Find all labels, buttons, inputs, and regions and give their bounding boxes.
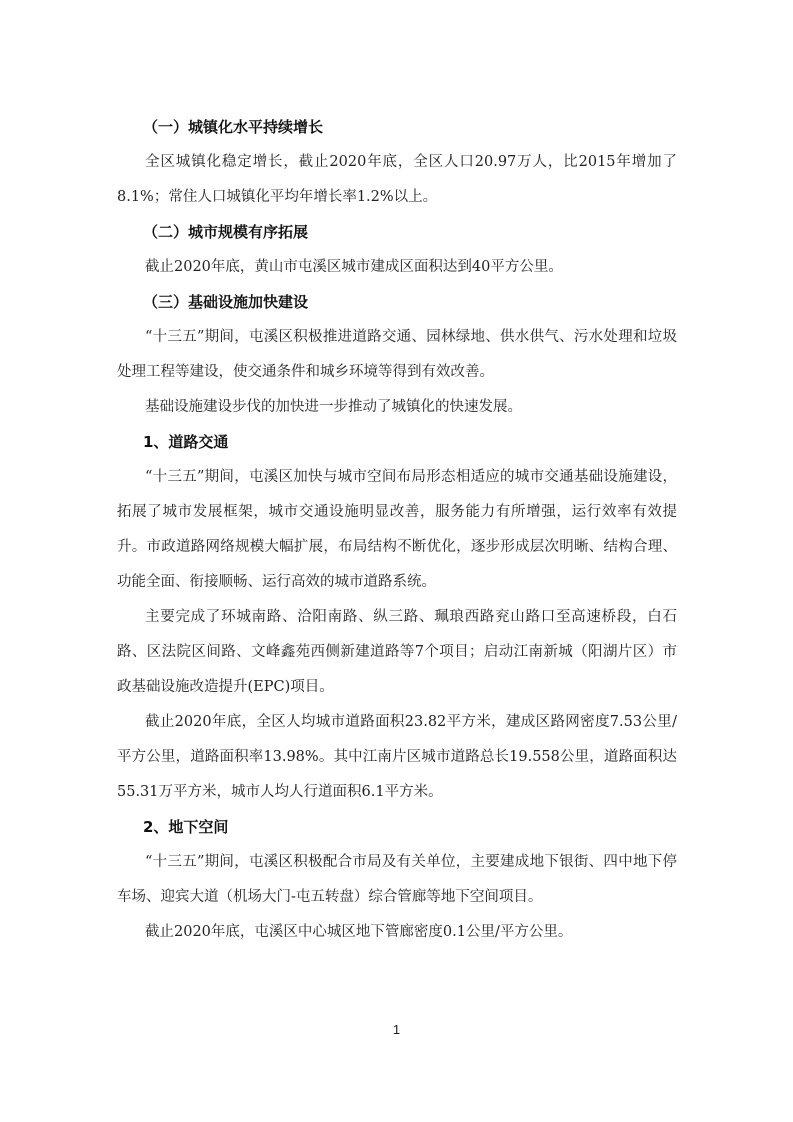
paragraph: “十三五”期间，屯溪区积极推进道路交通、园林绿地、供水供气、污水处理和垃圾处理工… bbox=[117, 320, 677, 390]
section-heading-city-scale: （二）城市规模有序拓展 bbox=[117, 215, 677, 250]
paragraph: “十三五”期间，屯溪区积极配合市局及有关单位，主要建成地下银街、四中地下停车场、… bbox=[117, 845, 677, 915]
paragraph: 截止2020年底，全区人均城市道路面积23.82平方米，建成区路网密度7.53公… bbox=[117, 705, 677, 810]
paragraph: 基础设施建设步伐的加快进一步推动了城镇化的快速发展。 bbox=[117, 390, 677, 425]
paragraph: “十三五”期间，屯溪区加快与城市空间布局形态相适应的城市交通基础设施建设，拓展了… bbox=[117, 460, 677, 600]
document-page: （一）城镇化水平持续增长 全区城镇化稳定增长，截止2020年底，全区人口20.9… bbox=[117, 110, 677, 950]
section-heading-urbanization: （一）城镇化水平持续增长 bbox=[117, 110, 677, 145]
paragraph: 主要完成了环城南路、洽阳南路、纵三路、珮琅西路兖山路口至高速桥段，白石路、区法院… bbox=[117, 600, 677, 705]
section-heading-infrastructure: （三）基础设施加快建设 bbox=[117, 285, 677, 320]
subsection-heading-road-traffic: 1、道路交通 bbox=[117, 425, 677, 460]
subsection-heading-underground-space: 2、地下空间 bbox=[117, 810, 677, 845]
paragraph: 截止2020年底，屯溪区中心城区地下管廊密度0.1公里/平方公里。 bbox=[117, 915, 677, 950]
page-number: 1 bbox=[0, 1022, 793, 1037]
paragraph: 全区城镇化稳定增长，截止2020年底，全区人口20.97万人，比2015年增加了… bbox=[117, 145, 677, 215]
paragraph: 截止2020年底，黄山市屯溪区城市建成区面积达到40平方公里。 bbox=[117, 250, 677, 285]
